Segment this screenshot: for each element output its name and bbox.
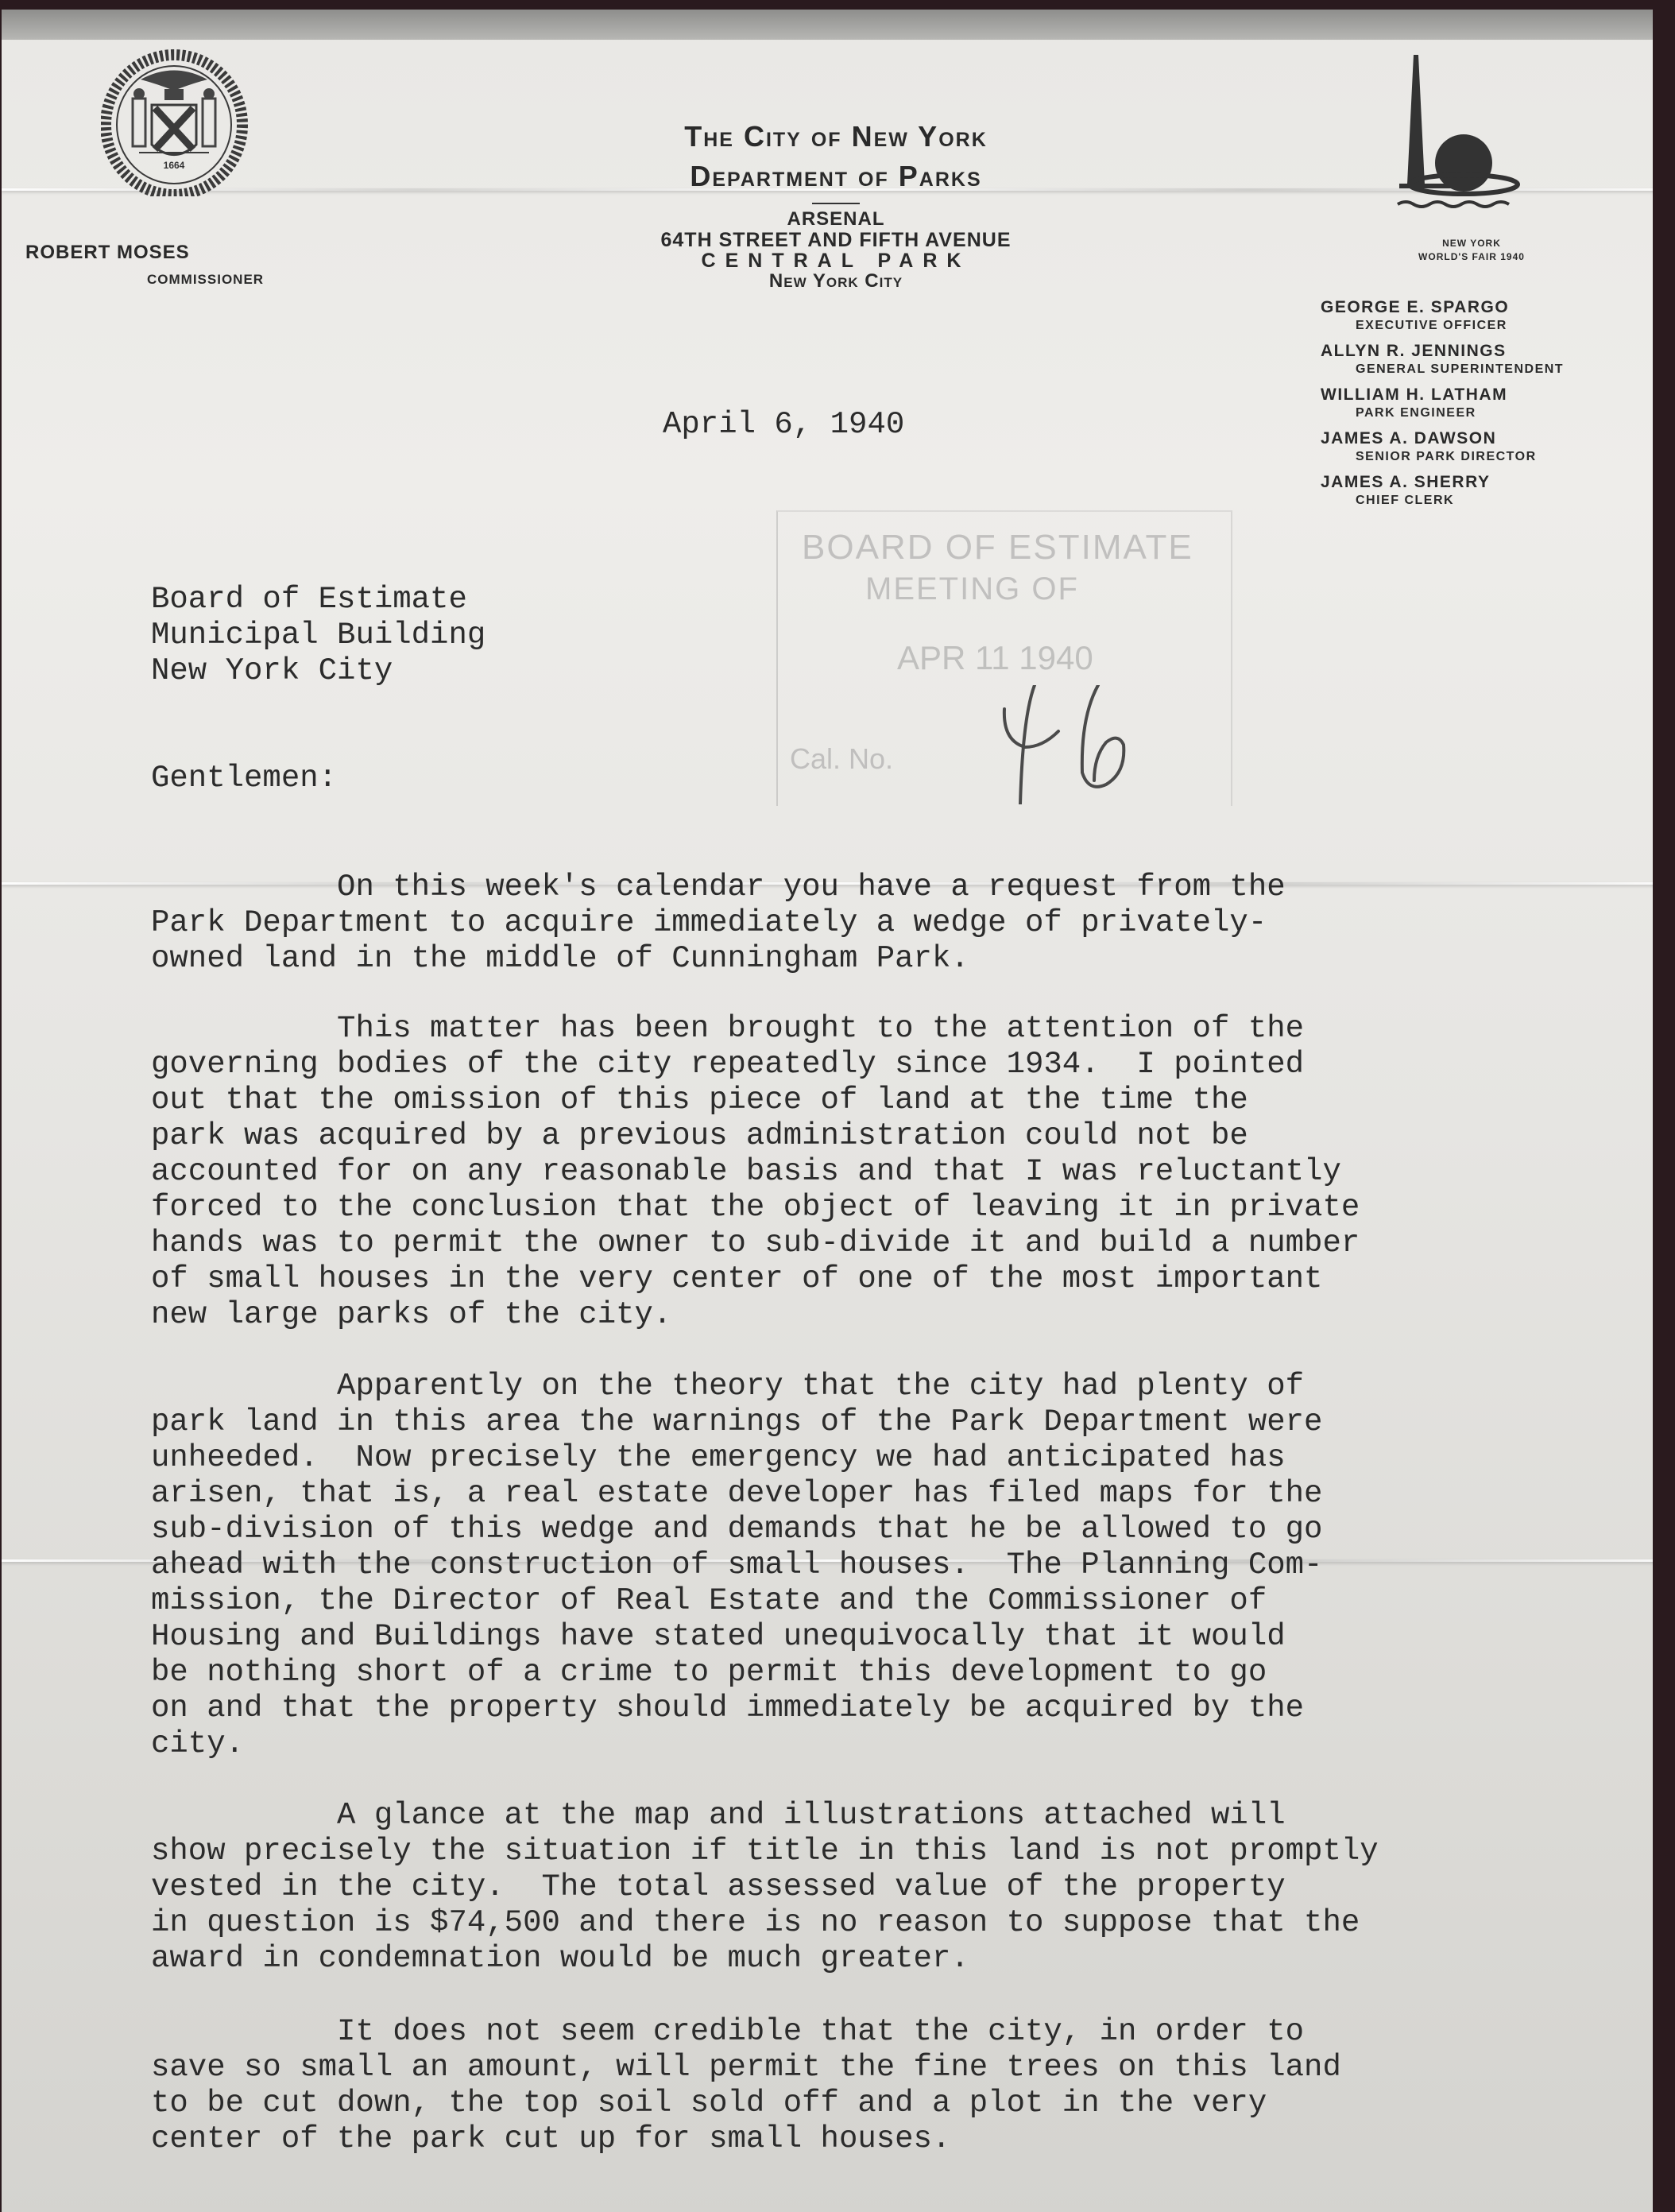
frame-edge	[1653, 10, 1664, 2212]
staff-name: JAMES A. DAWSON	[1321, 428, 1564, 449]
stamp-date: APR 11 1940	[897, 639, 1093, 677]
worlds-fair-caption: NEW YORK WORLD'S FAIR 1940	[1376, 237, 1567, 264]
staff-title: PARK ENGINEER	[1321, 405, 1564, 421]
worlds-fair-line2: WORLD'S FAIR 1940	[1376, 250, 1567, 264]
staff-title: CHIEF CLERK	[1321, 493, 1564, 509]
staff-title: EXECUTIVE OFFICER	[1321, 318, 1564, 334]
heading-divider	[812, 203, 860, 204]
staff-member: JAMES A. DAWSON SENIOR PARK DIRECTOR	[1321, 428, 1564, 465]
nyc-seal-icon: 1664	[101, 49, 248, 196]
staff-member: GEORGE E. SPARGO EXECUTIVE OFFICER	[1321, 297, 1564, 334]
staff-name: GEORGE E. SPARGO	[1321, 297, 1564, 318]
staff-member: WILLIAM H. LATHAM PARK ENGINEER	[1321, 385, 1564, 421]
svg-text:1664: 1664	[164, 160, 185, 171]
worlds-fair-line1: NEW YORK	[1376, 237, 1567, 250]
staff-name: WILLIAM H. LATHAM	[1321, 385, 1564, 405]
salutation: Gentlemen:	[151, 761, 337, 796]
stamp-cal-no: Cal. No.	[790, 742, 893, 776]
letter-date: April 6, 1940	[663, 407, 904, 443]
body-paragraph: A glance at the map and illustrations at…	[151, 1798, 1379, 1977]
trylon-perisphere-icon	[1396, 53, 1531, 220]
body-paragraph: This matter has been brought to the atte…	[151, 1011, 1360, 1333]
staff-name: JAMES A. SHERRY	[1321, 472, 1564, 493]
department-name: Department of Parks	[558, 157, 1114, 196]
commissioner-name: ROBERT MOSES	[25, 242, 190, 264]
handwritten-number-46: 46	[987, 685, 1162, 804]
body-paragraph: On this week's calendar you have a reque…	[151, 870, 1286, 977]
body-paragraph: It does not seem credible that the city,…	[151, 2014, 1341, 2157]
staff-title: GENERAL SUPERINTENDENT	[1321, 362, 1564, 378]
photo-frame: 1664 ROBERT MOSES COMMISSIONER The City …	[0, 0, 1675, 2212]
stamp-board: BOARD OF ESTIMATE	[802, 528, 1193, 568]
stamp-meeting: MEETING OF	[865, 571, 1079, 607]
recipient-address: Board of Estimate Municipal Building New…	[151, 582, 485, 689]
park-name: CENTRAL PARK	[558, 250, 1114, 271]
street-address: 64TH STREET AND FIFTH AVENUE	[558, 230, 1114, 250]
city-line: New York City	[558, 271, 1114, 292]
staff-list: GEORGE E. SPARGO EXECUTIVE OFFICER ALLYN…	[1321, 297, 1564, 516]
page-top-shadow	[2, 10, 1664, 40]
staff-member: JAMES A. SHERRY CHIEF CLERK	[1321, 472, 1564, 509]
staff-title: SENIOR PARK DIRECTOR	[1321, 449, 1564, 465]
department-heading: The City of New York Department of Parks…	[558, 117, 1114, 292]
staff-member: ALLYN R. JENNINGS GENERAL SUPERINTENDENT	[1321, 341, 1564, 378]
body-paragraph: Apparently on the theory that the city h…	[151, 1369, 1322, 1762]
city-name: The City of New York	[558, 117, 1114, 157]
staff-name: ALLYN R. JENNINGS	[1321, 341, 1564, 362]
commissioner-title: COMMISSIONER	[147, 272, 264, 288]
letter-page: 1664 ROBERT MOSES COMMISSIONER The City …	[2, 10, 1664, 2212]
building-name: ARSENAL	[558, 209, 1114, 230]
